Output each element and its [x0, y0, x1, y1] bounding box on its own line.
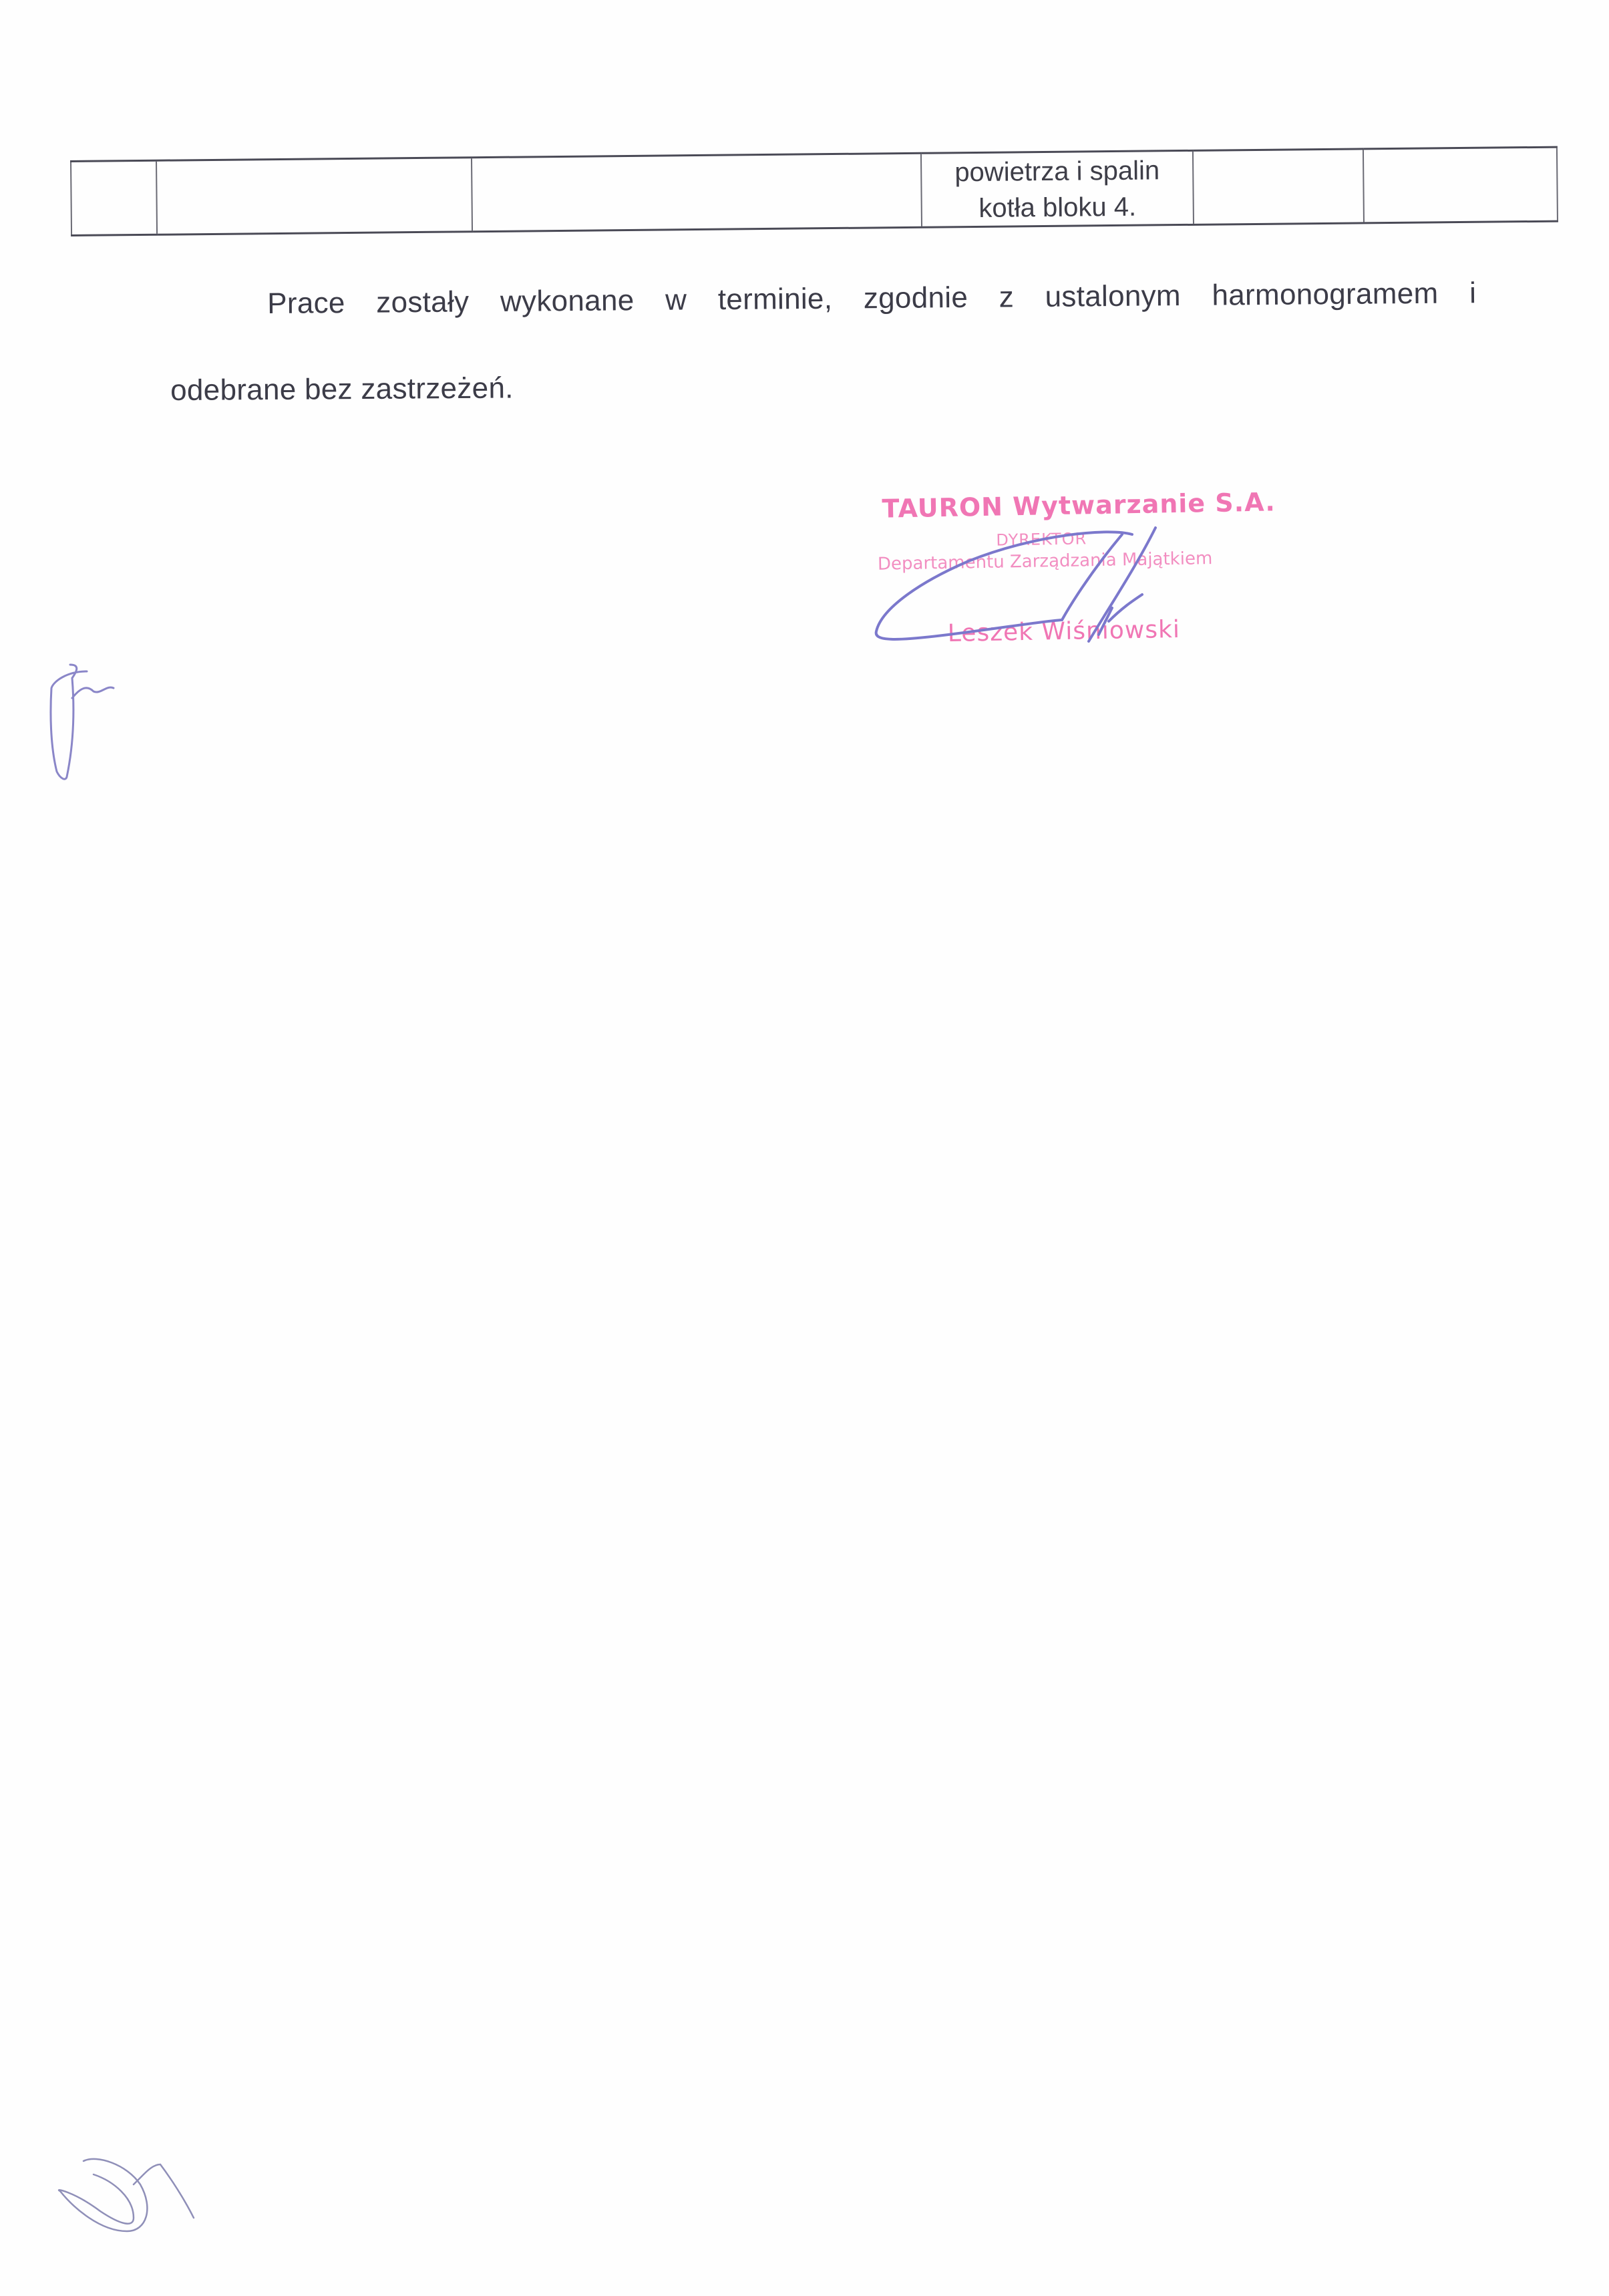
- cell-text-line-2: kotła bloku 4.: [922, 188, 1192, 226]
- margin-initials-icon: [40, 658, 134, 792]
- document-page: powietrza i spalin kotła bloku 4. Prace …: [0, 0, 1609, 2296]
- table-continuation: powietrza i spalin kotła bloku 4.: [70, 146, 1557, 235]
- table-cell-6: [1363, 147, 1558, 223]
- table-row: powietrza i spalin kotła bloku 4.: [71, 147, 1558, 235]
- table-cell-2: [156, 158, 472, 235]
- cell-text-line-1: powietrza i spalin: [922, 152, 1192, 190]
- paragraph-line-1: Prace zostały wykonane w terminie, zgodn…: [267, 277, 1476, 321]
- table-cell-3: [472, 153, 922, 231]
- paragraph-line-2: odebrane bez zastrzeżeń.: [170, 371, 514, 407]
- director-signature-icon: [868, 508, 1242, 668]
- table-cell-5: [1193, 149, 1364, 224]
- table-cell-4: powietrza i spalin kotła bloku 4.: [921, 150, 1194, 227]
- margin-paraph-icon: [47, 2124, 207, 2245]
- works-table: powietrza i spalin kotła bloku 4.: [70, 146, 1558, 236]
- table-cell-1: [71, 160, 157, 235]
